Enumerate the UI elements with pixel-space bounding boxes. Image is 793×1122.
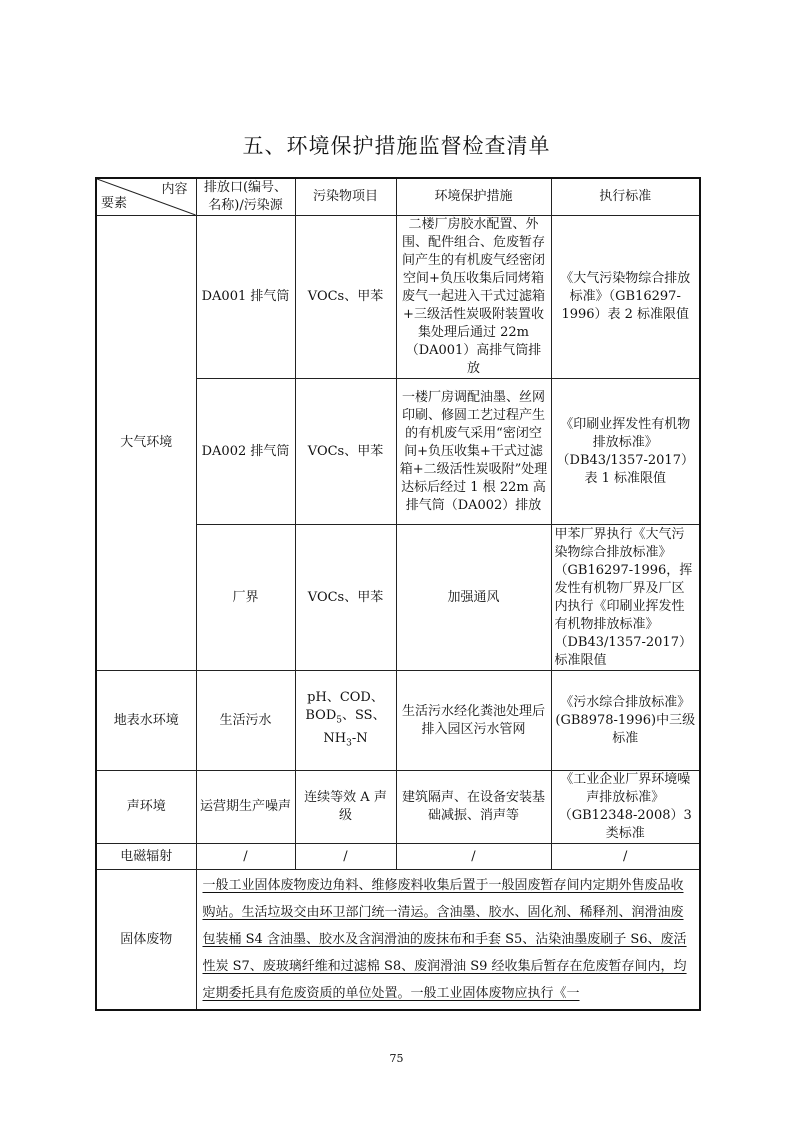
header-standard: 执行标准 <box>551 178 700 216</box>
standard-cell: 《印刷业挥发性有机物排放标准》（DB43/1357-2017）表 1 标准限值 <box>551 379 700 525</box>
pollutant-cell: pH、COD、 BOD5、SS、 NH3-N <box>295 671 396 771</box>
source-cell: 运营期生产噪声 <box>196 771 295 844</box>
pollutant-cell: / <box>295 844 396 870</box>
source-cell: DA002 排气筒 <box>196 379 295 525</box>
measure-cell: 建筑隔声、在设备安装基础减振、消声等 <box>396 771 551 844</box>
pollutant-cell: VOCs、甲苯 <box>295 379 396 525</box>
source-cell: / <box>196 844 295 870</box>
category-cell: 地表水环境 <box>96 671 196 771</box>
header-pollutant: 污染物项目 <box>295 178 396 216</box>
source-cell: DA001 排气筒 <box>196 216 295 379</box>
standard-cell: 《污水综合排放标准》(GB8978-1996)中三级标准 <box>551 671 700 771</box>
page-title: 五、环境保护措施监督检查清单 <box>0 130 793 160</box>
standard-cell: 《大气污染物综合排放标准》（GB16297-1996）表 2 标准限值 <box>551 216 700 379</box>
source-cell: 厂界 <box>196 525 295 671</box>
table-row: 电磁辐射 / / / / <box>96 844 700 870</box>
category-cell: 固体废物 <box>96 870 196 1011</box>
category-cell: 电磁辐射 <box>96 844 196 870</box>
pollutant-cell: 连续等效 A 声级 <box>295 771 396 844</box>
solid-waste-text-cell: 一般工业固体废物废边角料、维修废料收集后置于一般固废暂存间内定期外售废品收购站。… <box>196 870 700 1011</box>
solid-waste-text: 一般工业固体废物废边角料、维修废料收集后置于一般固废暂存间内定期外售废品收购站。… <box>203 878 687 1001</box>
table-row: 地表水环境 生活污水 pH、COD、 BOD5、SS、 NH3-N 生活污水经化… <box>96 671 700 771</box>
table-row: 声环境 运营期生产噪声 连续等效 A 声级 建筑隔声、在设备安装基础减振、消声等… <box>96 771 700 844</box>
pollutant-cell: VOCs、甲苯 <box>295 525 396 671</box>
measure-cell: 二楼厂房胶水配置、外围、配件组合、危废暂存间产生的有机废气经密闭空间+负压收集后… <box>396 216 551 379</box>
header-measure: 环境保护措施 <box>396 178 551 216</box>
category-cell: 声环境 <box>96 771 196 844</box>
measure-cell: 加强通风 <box>396 525 551 671</box>
pollutant-line: -N <box>352 731 368 746</box>
pollutant-line: 、SS、 <box>342 708 386 723</box>
pollutant-line: NH <box>323 731 346 746</box>
table-row: 固体废物 一般工业固体废物废边角料、维修废料收集后置于一般固废暂存间内定期外售废… <box>96 870 700 1011</box>
source-cell: 生活污水 <box>196 671 295 771</box>
pollutant-line: BOD <box>305 708 336 723</box>
diagonal-header-cell: 内容 要素 <box>96 178 196 216</box>
pollutant-line: pH、COD、 <box>307 690 384 705</box>
header-content-label: 内容 <box>161 181 187 199</box>
standard-cell: 《工业企业厂界环境噪声排放标准》（GB12348-2008）3 类标准 <box>551 771 700 844</box>
measure-cell: 生活污水经化粪池处理后排入园区污水管网 <box>396 671 551 771</box>
table-row: 大气环境 DA001 排气筒 VOCs、甲苯 二楼厂房胶水配置、外围、配件组合、… <box>96 216 700 379</box>
standard-cell: 甲苯厂界执行《大气污染物综合排放标准》（GB16297-1996，挥发性有机物厂… <box>551 525 700 671</box>
category-cell: 大气环境 <box>96 216 196 671</box>
inspection-table: 内容 要素 排放口(编号、名称)/污染源 污染物项目 环境保护措施 执行标准 大… <box>95 177 701 1011</box>
header-row: 内容 要素 排放口(编号、名称)/污染源 污染物项目 环境保护措施 执行标准 <box>96 178 700 216</box>
measure-cell: 一楼厂房调配油墨、丝网印刷、修圆工艺过程产生的有机废气采用“密闭空间+负压收集+… <box>396 379 551 525</box>
standard-cell: / <box>551 844 700 870</box>
page-number: 75 <box>0 1052 793 1065</box>
header-source: 排放口(编号、名称)/污染源 <box>196 178 295 216</box>
header-element-label: 要素 <box>101 195 127 213</box>
pollutant-cell: VOCs、甲苯 <box>295 216 396 379</box>
measure-cell: / <box>396 844 551 870</box>
